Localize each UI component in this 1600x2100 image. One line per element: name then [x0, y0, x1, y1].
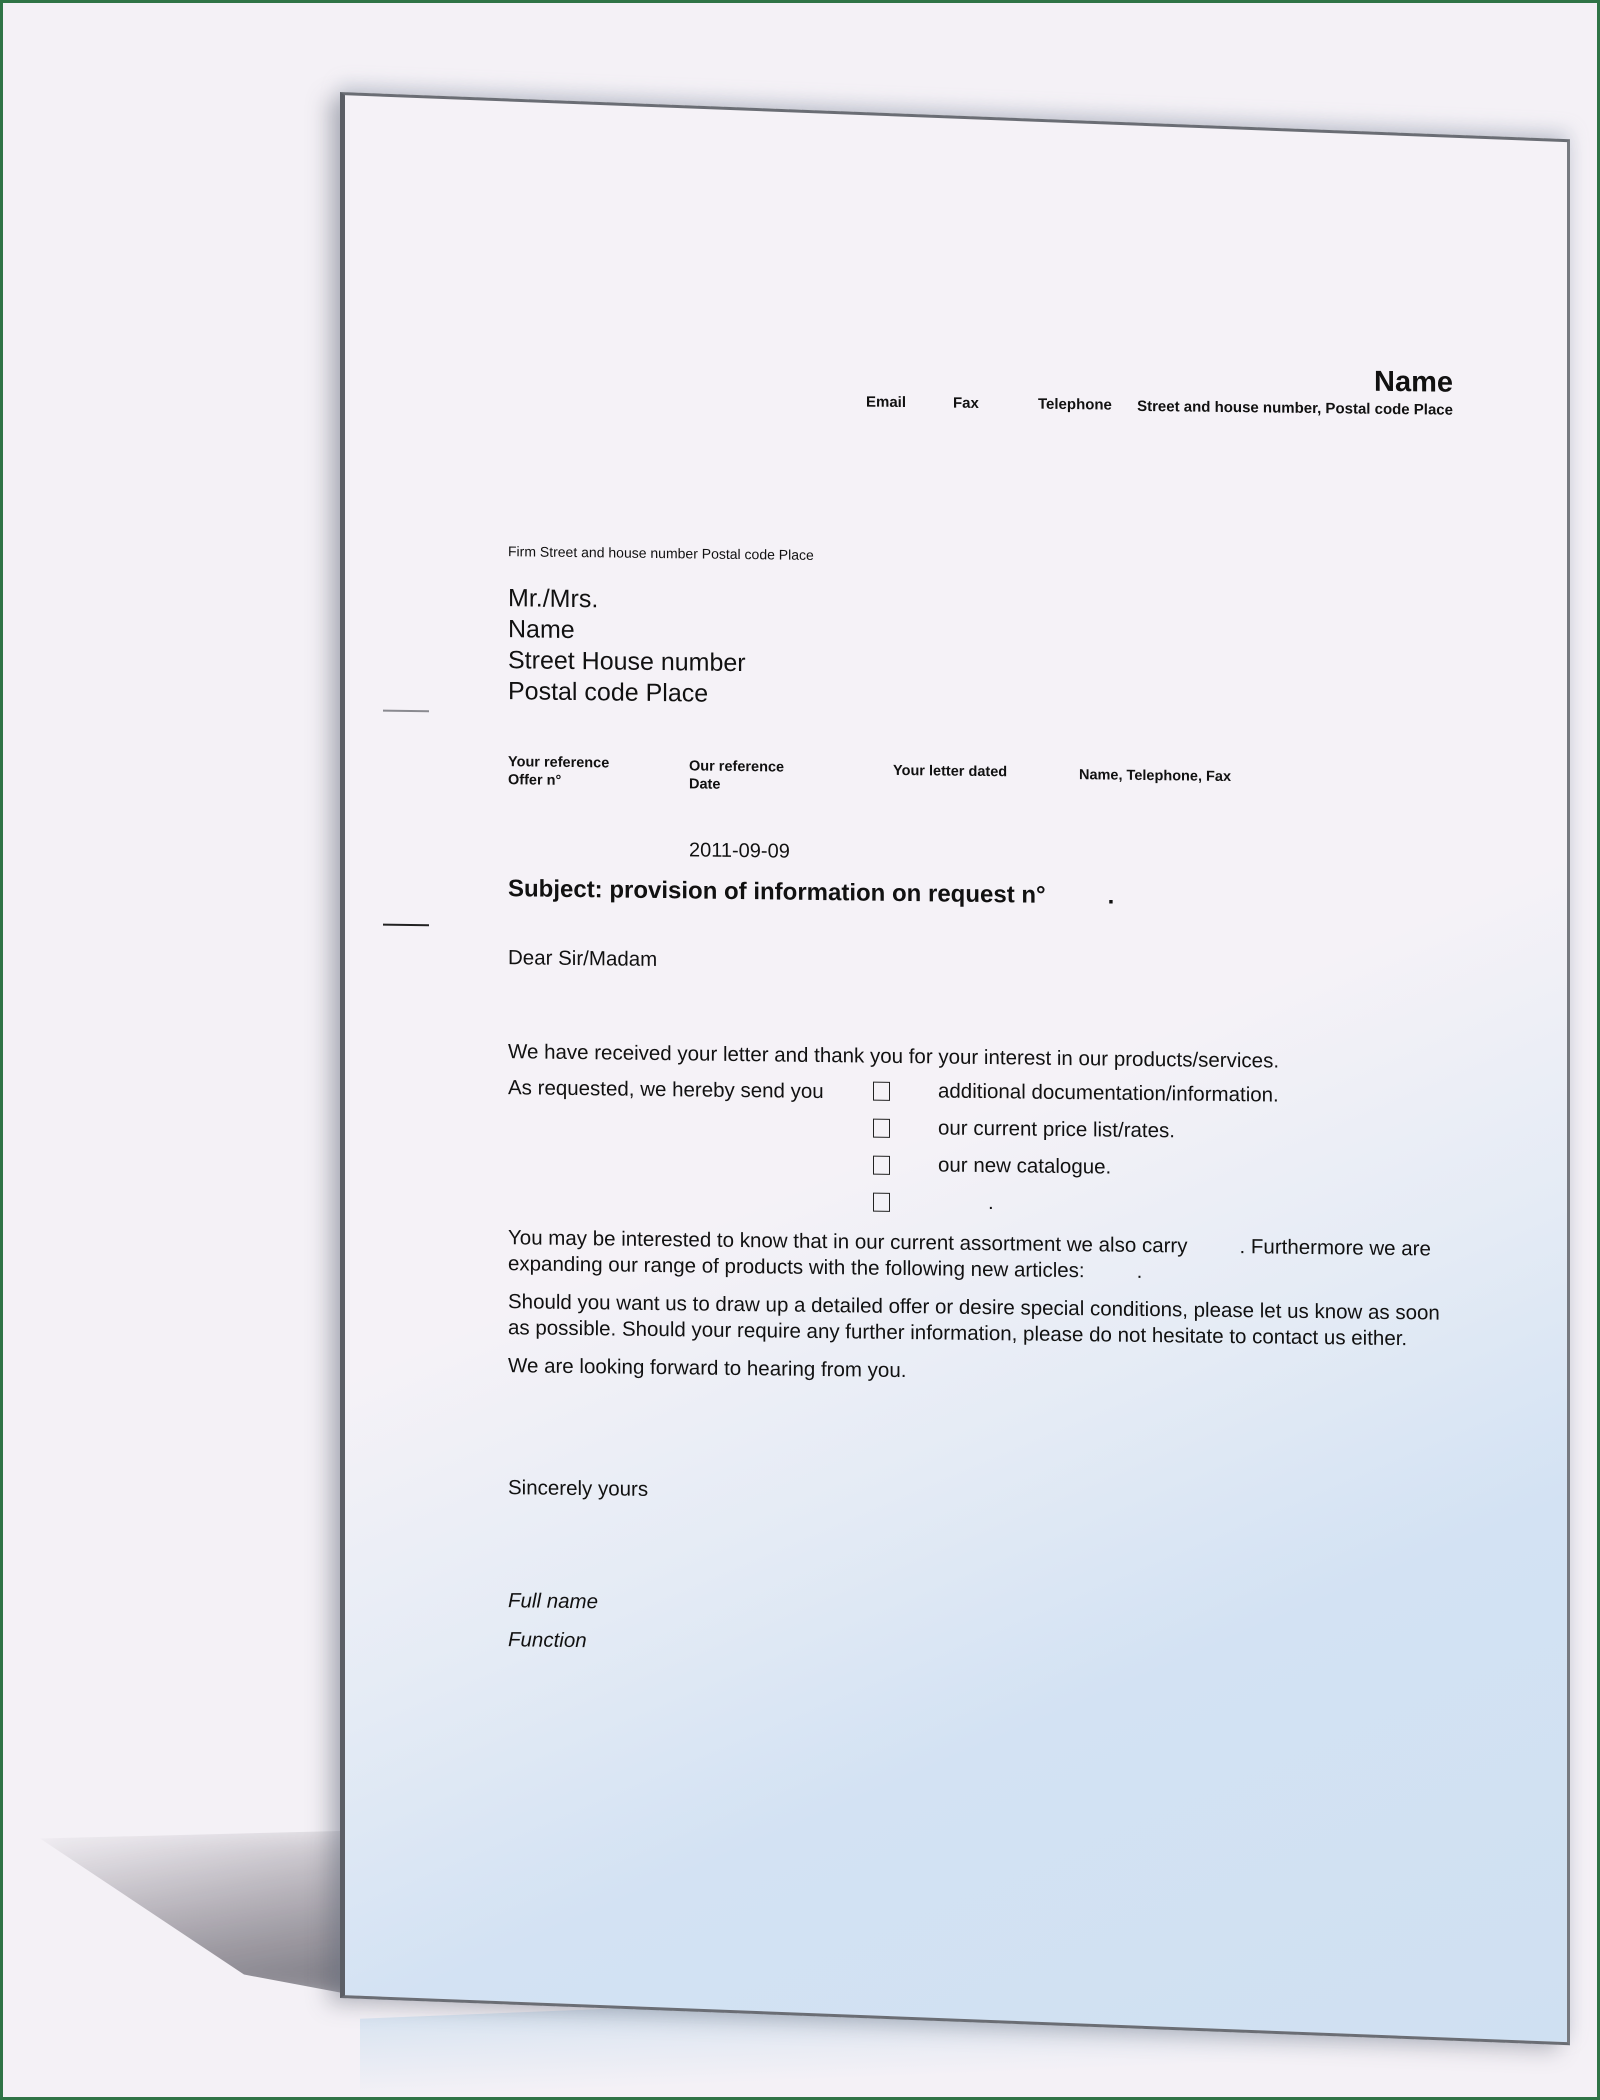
- recipient-street: Street House number: [508, 645, 746, 679]
- ref-col-yours: Your reference Offer n°: [508, 753, 609, 790]
- ref-col-ours: Our reference Date: [689, 757, 784, 794]
- subject-request-number-placeholder[interactable]: .: [1108, 883, 1115, 910]
- option-catalogue-label: our new catalogue.: [938, 1152, 1111, 1180]
- subject-text: Subject: provision of information on req…: [508, 875, 1046, 909]
- letter-page: Name Email Fax Telephone Street and hous…: [340, 92, 1570, 2045]
- signatory-function: Function: [508, 1627, 587, 1654]
- sender-email-label: Email: [866, 394, 906, 411]
- closing-paragraph: We are looking forward to hearing from y…: [508, 1353, 906, 1384]
- option-price-list-label: our current price list/rates.: [938, 1115, 1175, 1144]
- intro-paragraph: We have received your letter and thank y…: [508, 1039, 1279, 1074]
- option-catalogue-checkbox[interactable]: [873, 1156, 890, 1175]
- letter-content: Name Email Fax Telephone Street and hous…: [345, 95, 1567, 2010]
- option-documentation-checkbox[interactable]: [873, 1082, 890, 1101]
- sender-fax-label: Fax: [953, 395, 979, 412]
- recipient-address: Mr./Mrs. Name Street House number Postal…: [508, 583, 746, 710]
- salutation: Dear Sir/Madam: [508, 945, 657, 973]
- option-other-checkbox[interactable]: [873, 1193, 890, 1212]
- sender-telephone-label: Telephone: [1038, 396, 1112, 414]
- contact-label: Name, Telephone, Fax: [1079, 766, 1231, 786]
- sender-address: Street and house number, Postal code Pla…: [1137, 398, 1453, 419]
- date-label: Date: [689, 775, 784, 794]
- assortment-placeholder[interactable]: . Furthermore we are: [1240, 1235, 1431, 1260]
- recipient-name: Name: [508, 614, 746, 648]
- fold-mark-middle: [383, 924, 429, 927]
- recipient-city: Postal code Place: [508, 676, 746, 710]
- fold-mark-top: [383, 710, 429, 713]
- signatory-full-name: Full name: [508, 1588, 598, 1615]
- your-letter-dated-label: Your letter dated: [893, 762, 1007, 781]
- subject-line: Subject: provision of information on req…: [508, 875, 1114, 910]
- send-prefix: As requested, we hereby send you: [508, 1075, 824, 1105]
- our-reference-label: Our reference: [689, 757, 784, 776]
- sender-name: Name: [1374, 366, 1453, 400]
- option-other-label: .: [988, 1190, 994, 1216]
- option-price-list-checkbox[interactable]: [873, 1119, 890, 1138]
- page-shadow: [40, 1830, 380, 2000]
- your-reference-label: Your reference: [508, 753, 609, 772]
- offer-number-label: Offer n°: [508, 771, 609, 790]
- new-articles-placeholder[interactable]: .: [1137, 1260, 1143, 1283]
- closing-phrase: Sincerely yours: [508, 1475, 648, 1503]
- new-articles-text: expanding our range of products with the…: [508, 1252, 1085, 1282]
- recipient-salutation: Mr./Mrs.: [508, 583, 746, 617]
- return-address-line: Firm Street and house number Postal code…: [508, 543, 814, 563]
- document-preview: Name Email Fax Telephone Street and hous…: [340, 92, 1562, 2039]
- letter-date: 2011-09-09: [689, 839, 790, 863]
- option-documentation-label: additional documentation/information.: [938, 1078, 1279, 1108]
